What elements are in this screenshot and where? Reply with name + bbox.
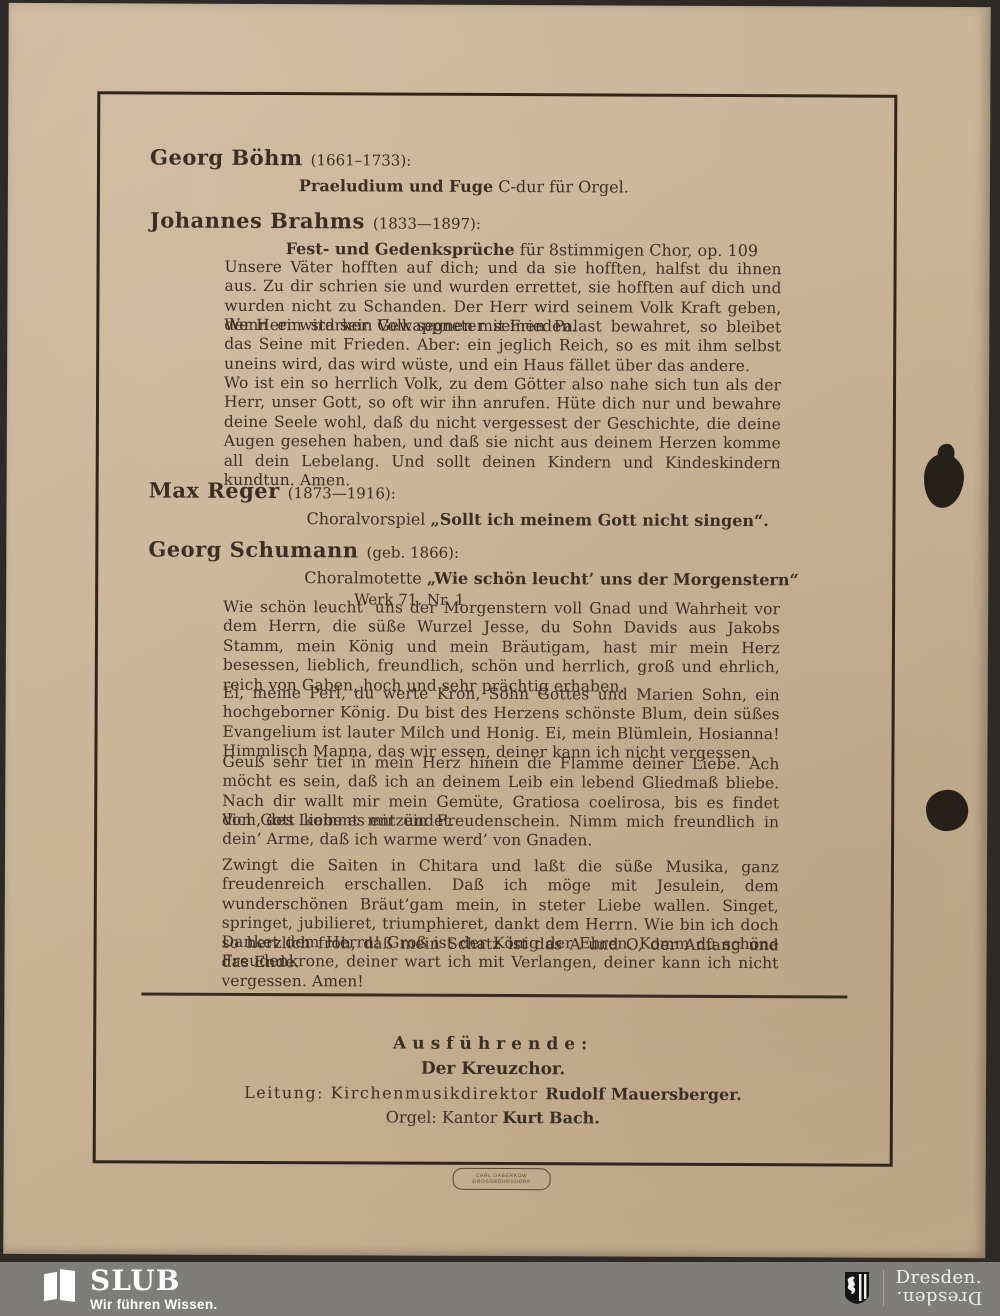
ink-blot-top [921, 452, 967, 510]
performers-choir: Der Kreuzchor. [96, 1057, 890, 1080]
schumann-paragraph-2: Ei, meine Perl, du werte Kron, Sohn Gott… [222, 684, 779, 764]
open-book-icon [42, 1270, 78, 1306]
performers-heading: Ausführende: [96, 1032, 890, 1055]
slub-tagline: Wir führen Wissen. [90, 1297, 217, 1312]
composer-heading: Georg Schumann(geb. 1866): [148, 536, 852, 564]
scan-page: { "colors": { "background": "#2d2b28", "… [0, 0, 1000, 1316]
composer-heading: Johannes Brahms(1833—1897): [150, 207, 854, 235]
composer-dates: (1661–1733): [311, 151, 412, 169]
dresden-coat-of-arms-icon [845, 1272, 869, 1304]
schumann-paragraph-1: Wie schön leucht’ uns der Morgenstern vo… [223, 598, 780, 697]
work-title: Choralmotette „Wie schön leucht’ uns der… [304, 568, 852, 589]
composer-name: Johannes Brahms [150, 207, 365, 233]
performers-block: Ausführende: Der Kreuzchor. Leitung: Kir… [96, 1032, 890, 1128]
dresden-wordmark-mirrored: Dresden. [896, 1288, 982, 1306]
work-title-rest: für 8stimmigen Chor, op. 109 [515, 240, 758, 260]
work-title-bold: Fest- und Gedenksprüche [286, 239, 515, 259]
composer-name: Max Reger [149, 477, 280, 503]
composer-name: Georg Böhm [150, 144, 303, 170]
logo-separator [883, 1270, 884, 1306]
composer-dates: (1833—1897): [373, 214, 481, 232]
dresden-logo: Dresden. Dresden. [845, 1269, 982, 1306]
entry-reger: Max Reger(1873—1916): Choralvorspiel „So… [148, 477, 852, 530]
slub-wordmark: SLUB [90, 1267, 217, 1295]
work-title-bold: „Wie schön leucht’ uns der Morgenstern“ [427, 569, 799, 590]
conductor-name: Rudolf Mauersberger. [545, 1084, 741, 1104]
schumann-paragraph-6: Danket dem Herrn! Groß ist der König der… [221, 933, 778, 994]
printer-mark-place: GROSSRÖHRSDORF [472, 1179, 531, 1185]
composer-dates: (geb. 1866): [367, 543, 460, 561]
printer-mark: CARL DABERKOW GROSSRÖHRSDORF [453, 1168, 551, 1190]
footer-bar: SLUB Wir führen Wissen. Dresden. Dresden… [0, 1262, 1000, 1316]
slub-logo: SLUB Wir führen Wissen. [42, 1267, 217, 1312]
work-title-bold: Praeludium und Fuge [299, 176, 493, 196]
conductor-role: Leitung: Kirchenmusikdirektor [244, 1083, 545, 1103]
work-title-prefix: Choralvorspiel [306, 509, 430, 529]
section-divider-rule [141, 992, 847, 998]
composer-heading: Max Reger(1873—1916): [149, 477, 853, 505]
page-border-frame: Georg Böhm(1661–1733): Praeludium und Fu… [93, 91, 898, 1166]
entry-boehm: Georg Böhm(1661–1733): Praeludium und Fu… [150, 144, 854, 197]
work-title-prefix: Choralmotette [304, 568, 427, 588]
dresden-wordmark: Dresden. [896, 1269, 982, 1287]
composer-dates: (1873—1916): [288, 484, 396, 502]
performers-conductor: Leitung: Kirchenmusikdirektor Rudolf Mau… [96, 1082, 890, 1104]
work-title: Choralvorspiel „Sollt ich meinem Gott ni… [306, 509, 852, 530]
work-title: Fest- und Gedenksprüche für 8stimmigen C… [286, 239, 854, 260]
schumann-paragraph-4: Von Gott kommt mir ein Freudenschein. Ni… [222, 811, 779, 852]
organist-role: Orgel: Kantor [386, 1108, 503, 1128]
composer-name: Georg Schumann [148, 536, 358, 562]
brahms-paragraph-2: Wenn ein starker Gewappneter seinen Pala… [224, 316, 781, 377]
scanned-paper-sheet: Georg Böhm(1661–1733): Praeludium und Fu… [3, 3, 990, 1258]
work-title-rest: C-dur für Orgel. [493, 177, 629, 197]
entry-brahms: Johannes Brahms(1833—1897): Fest- und Ge… [150, 207, 854, 260]
work-title: Praeludium und Fuge C-dur für Orgel. [299, 176, 854, 197]
performers-organist: Orgel: Kantor Kurt Bach. [96, 1106, 890, 1128]
organist-name: Kurt Bach. [502, 1108, 600, 1127]
brahms-paragraph-3: Wo ist ein so herrlich Volk, zu dem Gött… [224, 374, 782, 493]
composer-heading: Georg Böhm(1661–1733): [150, 144, 854, 172]
work-title-bold: „Sollt ich meinem Gott nicht singen“. [430, 510, 768, 530]
ink-blot-bottom [924, 787, 971, 833]
